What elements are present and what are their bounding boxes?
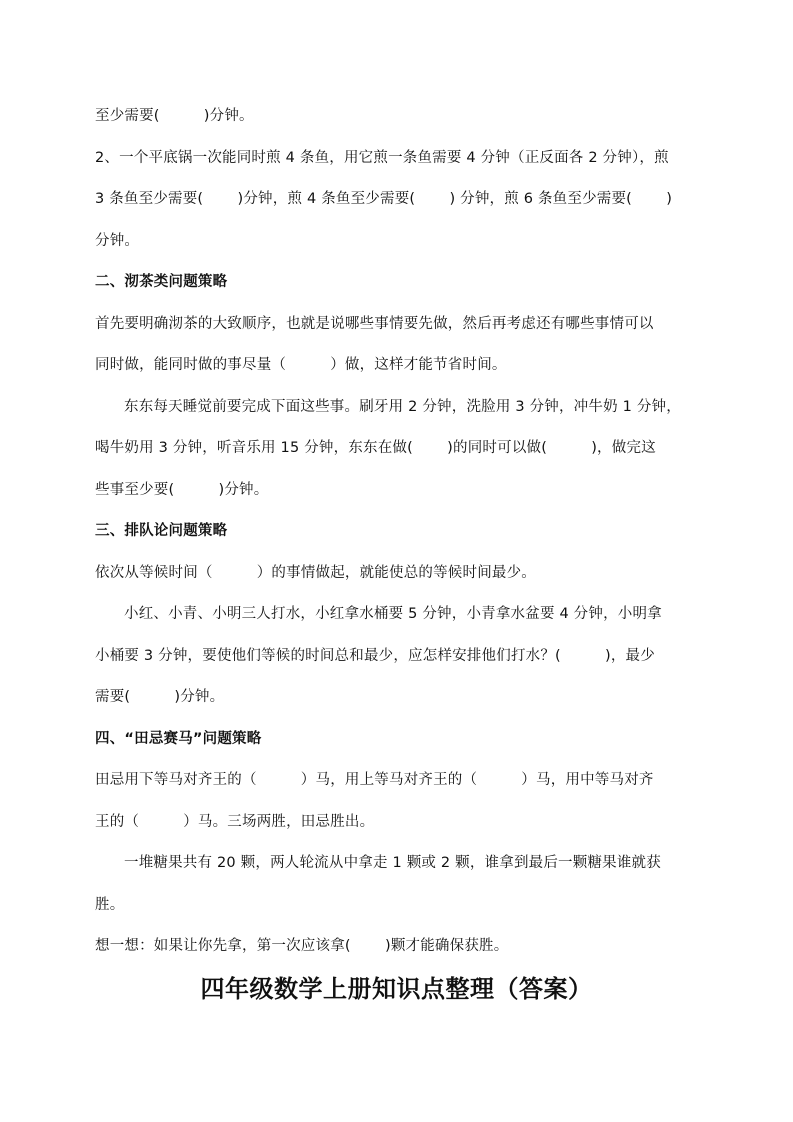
text-line: 至少需要( )分钟。 — [95, 106, 705, 126]
section-heading: 三、排队论问题策略 — [95, 521, 705, 541]
section-heading: 四、“田忌赛马”问题策略 — [95, 729, 705, 749]
paragraph-line: 小桶要 3 分钟，要使他们等候的时间总和最少，应怎样安排他们打水？( )，最少 — [95, 646, 705, 666]
paragraph-line: 东东每天睡觉前要完成下面这些事。刷牙用 2 分钟，洗脸用 3 分钟，冲牛奶 1 … — [124, 397, 734, 417]
text-line: 2、一个平底锅一次能同时煎 4 条鱼，用它煎一条鱼需要 4 分钟（正反面各 2 … — [95, 148, 705, 168]
paragraph-line: 首先要明确沏茶的大致顺序，也就是说哪些事情要先做，然后再考虑还有哪些事情可以 — [95, 314, 705, 334]
paragraph-line: 依次从等候时间（ ）的事情做起，就能使总的等候时间最少。 — [95, 563, 705, 583]
paragraph-line: 一堆糖果共有 20 颗，两人轮流从中拿走 1 颗或 2 颗，谁拿到最后一颗糖果谁… — [124, 853, 734, 873]
text-line: 分钟。 — [95, 231, 705, 251]
paragraph-line: 胜。 — [95, 895, 705, 915]
paragraph-line: 些事至少要( )分钟。 — [95, 480, 705, 500]
paragraph-line: 喝牛奶用 3 分钟，听音乐用 15 分钟，东东在做( )的同时可以做( )，做完… — [95, 438, 705, 458]
paragraph-line: 需要( )分钟。 — [95, 687, 705, 707]
paragraph-line: 同时做，能同时做的事尽量（ ）做，这样才能节省时间。 — [95, 355, 705, 375]
paragraph-line: 小红、小青、小明三人打水，小红拿水桶要 5 分钟，小青拿水盆要 4 分钟，小明拿 — [124, 604, 734, 624]
document-title: 四年级数学上册知识点整理（答案） — [0, 972, 793, 1006]
text-line: 3 条鱼至少需要( )分钟，煎 4 条鱼至少需要( ) 分钟，煎 6 条鱼至少需… — [95, 189, 705, 209]
paragraph-line: 王的（ ）马。三场两胜，田忌胜出。 — [95, 812, 705, 832]
section-heading: 二、沏茶类问题策略 — [95, 272, 705, 292]
paragraph-line: 田忌用下等马对齐王的（ ）马，用上等马对齐王的（ ）马，用中等马对齐 — [95, 770, 705, 790]
paragraph-line: 想一想：如果让你先拿，第一次应该拿( )颗才能确保获胜。 — [95, 936, 705, 956]
